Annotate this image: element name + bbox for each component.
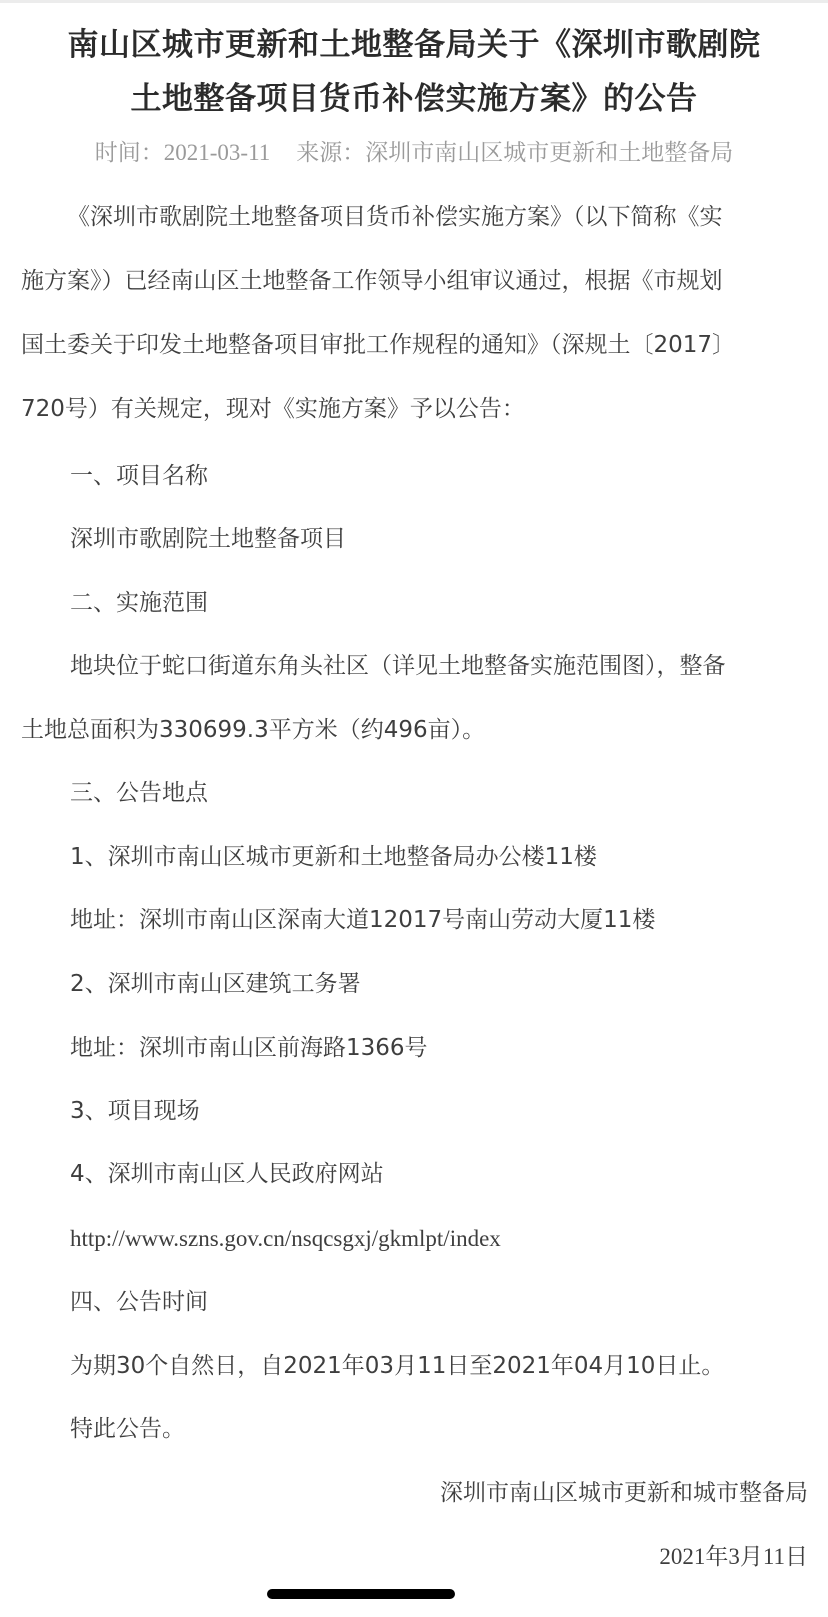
intro-line-4: 720号）有关规定，现对《实施方案》予以公告： — [21, 377, 811, 441]
intro-line-1: 《深圳市歌剧院土地整备项目货币补偿实施方案》（以下简称《实 — [21, 185, 811, 249]
source-label: 来源： — [296, 140, 365, 166]
location-3: 3、项目现场 — [70, 1094, 200, 1128]
title-line-1: 南山区城市更新和土地整备局关于《深圳市歌剧院 — [0, 18, 828, 72]
location-1-address: 地址：深圳市南山区深南大道12017号南山劳动大厦11楼 — [70, 903, 655, 937]
government-website-link[interactable]: http://www.szns.gov.cn/nsqcsgxj/gkmlpt/i… — [70, 1222, 501, 1256]
publish-date: 2021-03-11 — [164, 140, 270, 165]
top-edge-divider — [0, 0, 828, 3]
section-1-heading: 一、项目名称 — [70, 459, 208, 493]
title-line-2: 土地整备项目货币补偿实施方案》的公告 — [0, 72, 828, 126]
location-1: 1、深圳市南山区城市更新和土地整备局办公楼11楼 — [70, 840, 597, 874]
signature-org: 深圳市南山区城市更新和城市整备局 — [440, 1476, 808, 1510]
closing-text: 特此公告。 — [70, 1412, 185, 1446]
location-2: 2、深圳市南山区建筑工务署 — [70, 967, 361, 1001]
section-4-body: 为期30个自然日，自2021年03月11日至2021年04月10日止。 — [70, 1349, 724, 1383]
section-1-body: 深圳市歌剧院土地整备项目 — [70, 522, 346, 556]
signature-date: 2021年3月11日 — [659, 1540, 808, 1574]
home-indicator[interactable] — [267, 1589, 455, 1599]
section-2-body-line-1: 地块位于蛇口街道东角头社区（详见土地整备实施范围图），整备 — [70, 649, 726, 683]
section-3-heading: 三、公告地点 — [70, 776, 208, 810]
intro-line-2: 施方案》）已经南山区土地整备工作领导小组审议通过，根据《市规划 — [21, 249, 811, 313]
section-4-heading: 四、公告时间 — [70, 1285, 208, 1319]
time-label: 时间： — [95, 140, 164, 166]
location-2-address: 地址：深圳市南山区前海路1366号 — [70, 1031, 428, 1065]
source-value: 深圳市南山区城市更新和土地整备局 — [365, 140, 733, 166]
intro-line-3: 国土委关于印发土地整备项目审批工作规程的通知》（深规土〔2017〕 — [21, 313, 811, 377]
section-2-heading: 二、实施范围 — [70, 586, 208, 620]
section-2-body-line-2: 土地总面积为330699.3平方米（约496亩）。 — [21, 713, 485, 747]
intro-paragraph: 《深圳市歌剧院土地整备项目货币补偿实施方案》（以下简称《实 施方案》）已经南山区… — [21, 185, 811, 441]
page-title: 南山区城市更新和土地整备局关于《深圳市歌剧院 土地整备项目货币补偿实施方案》的公… — [0, 18, 828, 126]
location-4: 4、深圳市南山区人民政府网站 — [70, 1157, 384, 1191]
article-meta: 时间：2021-03-11来源：深圳市南山区城市更新和土地整备局 — [0, 136, 828, 170]
